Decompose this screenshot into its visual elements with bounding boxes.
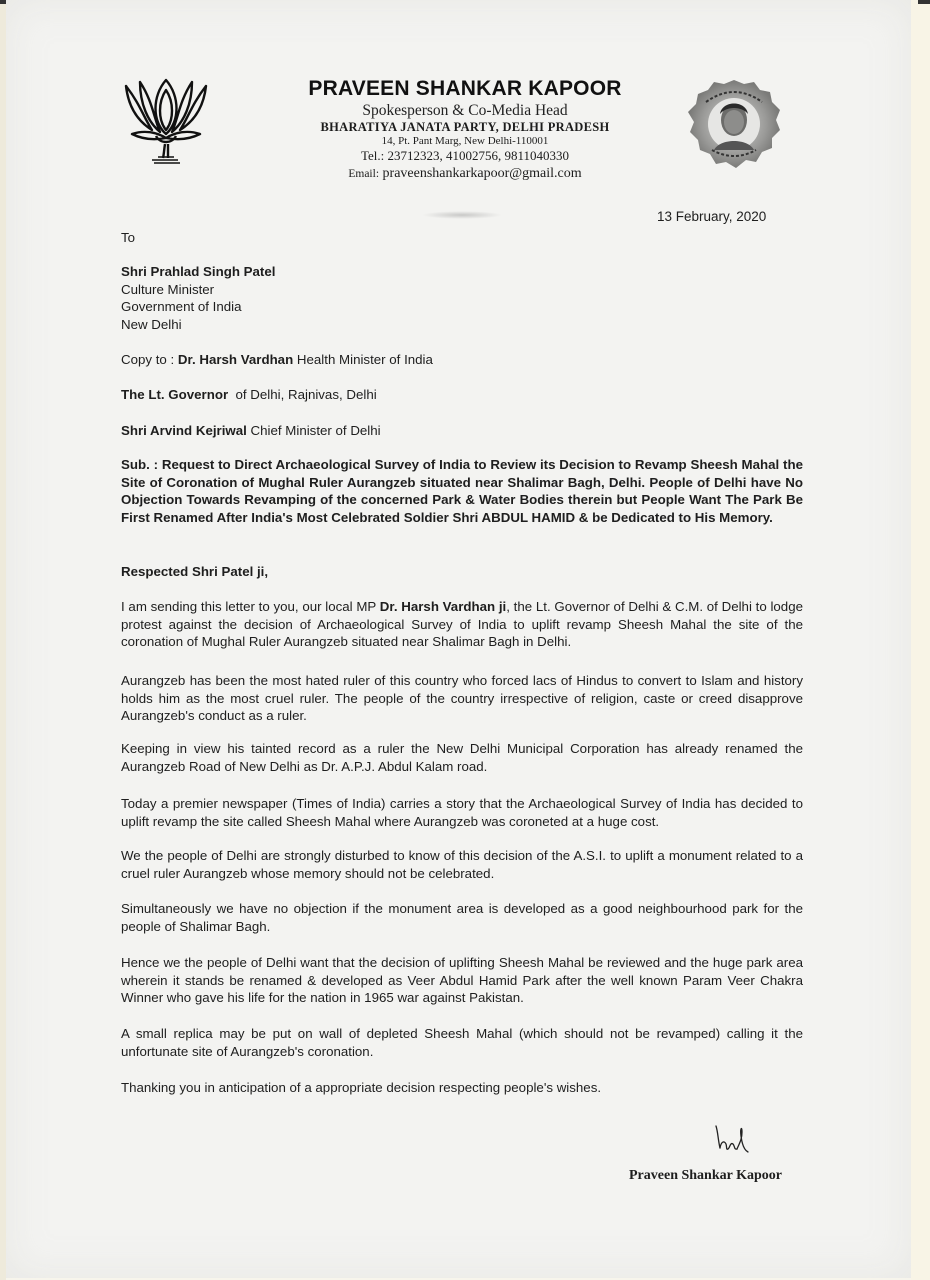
copy-to-line: Copy to : Dr. Harsh Vardhan Health Minis…	[121, 351, 433, 369]
sender-name: PRAVEEN SHANKAR KAPOOR	[290, 76, 640, 102]
body-paragraph: I am sending this letter to you, our loc…	[121, 598, 803, 651]
recipient-line: Culture Minister	[121, 281, 275, 299]
paragraph-bold: Dr. Harsh Vardhan ji	[380, 599, 506, 614]
body-paragraph: Aurangzeb has been the most hated ruler …	[121, 672, 803, 725]
copy-prefix: Copy to :	[121, 352, 178, 367]
copy-to-line: Shri Arvind Kejriwal Chief Minister of D…	[121, 422, 381, 440]
recipient-name: Shri Prahlad Singh Patel	[121, 263, 275, 281]
sender-email[interactable]: praveenshankarkapoor@gmail.com	[383, 166, 582, 181]
letterhead: PRAVEEN SHANKAR KAPOOR Spokesperson & Co…	[290, 76, 640, 183]
body-paragraph: We the people of Delhi are strongly dist…	[121, 847, 803, 882]
paragraph-text: I am sending this letter to you, our loc…	[121, 599, 380, 614]
recipient-line: Government of India	[121, 298, 275, 316]
recipient-line: New Delhi	[121, 316, 275, 334]
body-paragraph: Today a premier newspaper (Times of Indi…	[121, 795, 803, 830]
body-paragraph: Hence we the people of Delhi want that t…	[121, 954, 803, 1007]
email-label: Email:	[348, 168, 379, 180]
copy-name: The Lt. Governor	[121, 387, 228, 402]
body-paragraph: Keeping in view his tainted record as a …	[121, 740, 803, 775]
copy-to-line: The Lt. Governor of Delhi, Rajnivas, Del…	[121, 386, 377, 404]
lotus-icon	[118, 74, 214, 166]
closing-paragraph: Thanking you in anticipation of a approp…	[121, 1079, 803, 1097]
body-paragraph: Simultaneously we have no objection if t…	[121, 900, 803, 935]
body-paragraph: A small replica may be put on wall of de…	[121, 1025, 803, 1060]
copy-rest: Chief Minister of Delhi	[247, 423, 381, 438]
sender-role: Spokesperson & Co-Media Head	[290, 102, 640, 120]
copy-name: Shri Arvind Kejriwal	[121, 423, 247, 438]
copy-name: Dr. Harsh Vardhan	[178, 352, 293, 367]
scan-smudge	[422, 211, 502, 219]
party-name: BHARATIYA JANATA PARTY, DELHI PRADESH	[290, 120, 640, 135]
recipient-block: Shri Prahlad Singh Patel Culture Ministe…	[121, 263, 275, 333]
handwritten-signature-icon	[712, 1122, 752, 1156]
subject-line: Sub. : Request to Direct Archaeological …	[121, 456, 803, 526]
salutation: Respected Shri Patel ji,	[121, 563, 268, 581]
sender-address: 14, Pt. Pant Marg, New Delhi-110001	[290, 135, 640, 148]
signer-name: Praveen Shankar Kapoor	[629, 1167, 782, 1185]
paper-edge-right	[911, 0, 930, 1280]
copy-rest: Health Minister of India	[293, 352, 433, 367]
sender-phone: Tel.: 23712323, 41002756, 9811040330	[290, 148, 640, 164]
to-label: To	[121, 229, 135, 247]
scan-corner	[918, 0, 930, 4]
copy-rest: of Delhi, Rajnivas, Delhi	[228, 387, 377, 402]
sender-email-line: Email: praveenshankarkapoor@gmail.com	[290, 165, 640, 183]
letter-date: 13 February, 2020	[657, 208, 766, 226]
portrait-seal-icon	[684, 76, 784, 172]
